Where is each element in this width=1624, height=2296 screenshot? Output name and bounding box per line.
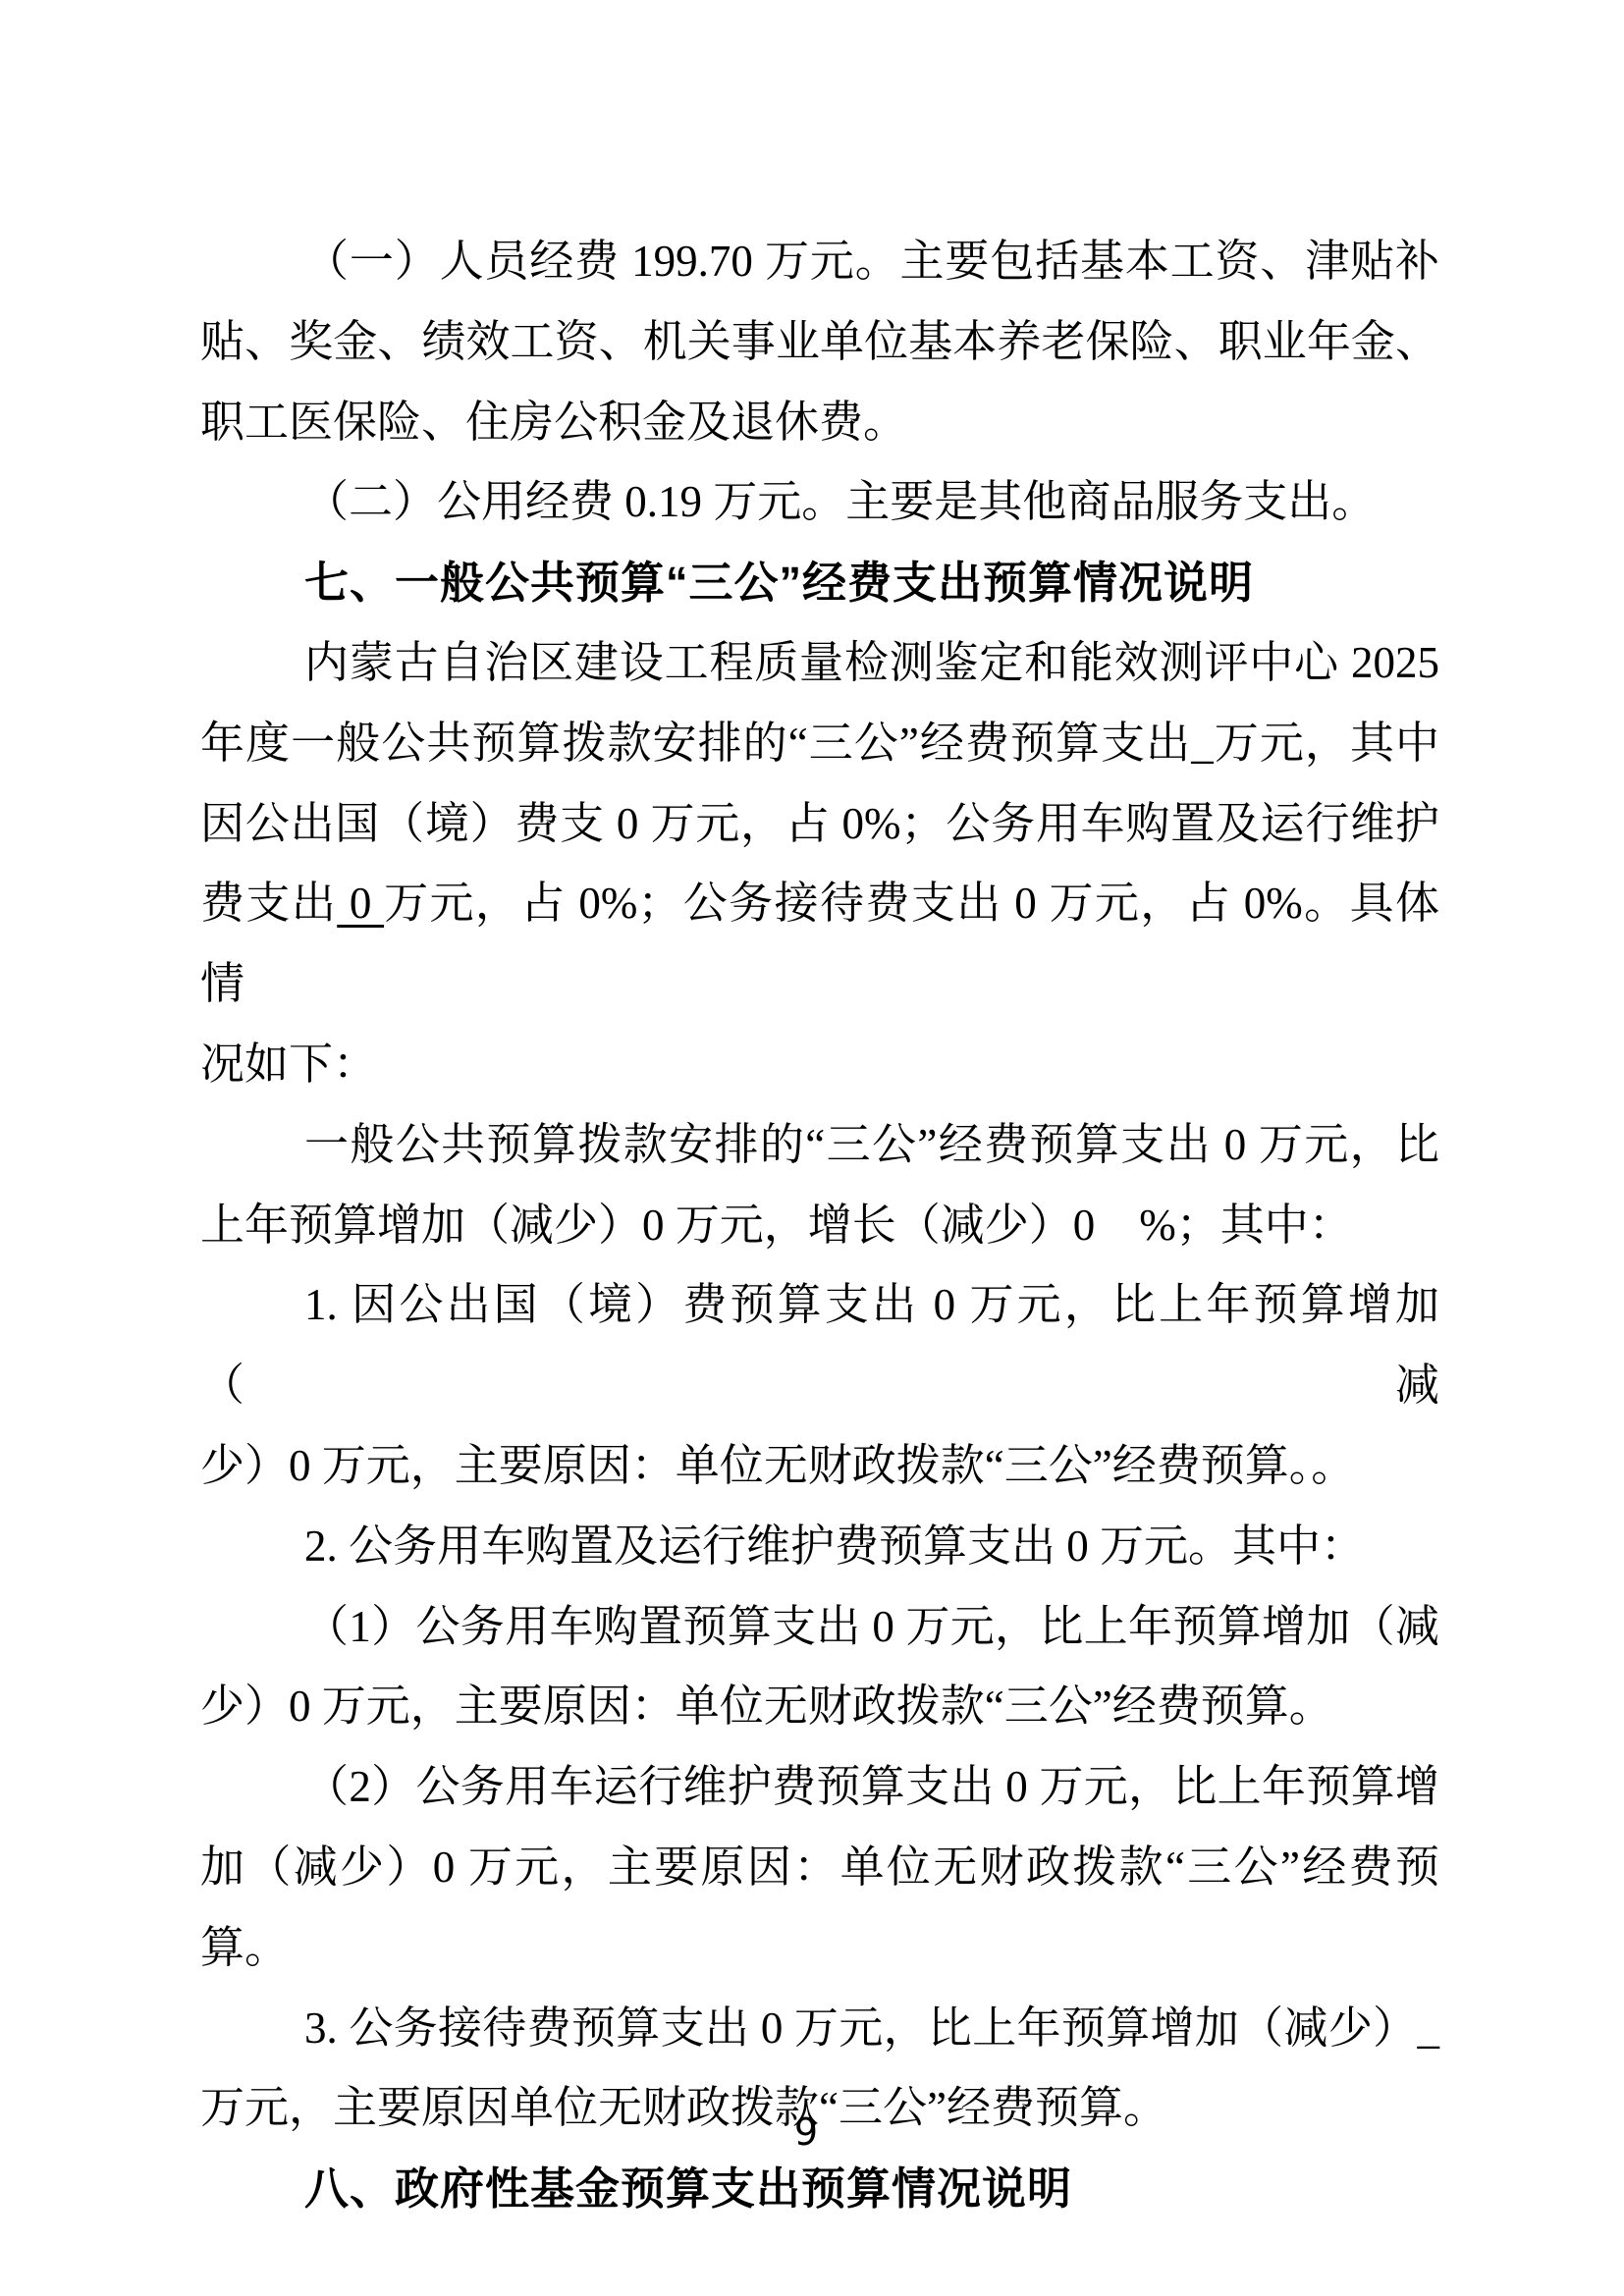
page-number: 9 [0,2109,1612,2156]
text-line: 算。 [200,1908,1439,1989]
text-line: 2. 公务用车购置及运行维护费预算支出 0 万元。其中： [200,1507,1439,1587]
document-body: （一）人员经费 199.70 万元。主要包括基本工资、津贴补 贴、奖金、绩效工资… [200,222,1439,2229]
line-segment: 万元，占 0%；公务接待费支出 0 万元，占 0%。具体情 [200,879,1439,1008]
text-line: 一般公共预算拨款安排的“三公”经费预算支出 0 万元，比 [200,1105,1439,1186]
text-line: 3. 公务接待费预算支出 0 万元，比上年预算增加（减少）_ [200,1989,1439,2069]
text-line: 少）0 万元，主要原因：单位无财政拨款“三公”经费预算。 [200,1667,1439,1747]
text-line: （二）公用经费 0.19 万元。主要是其他商品服务支出。 [200,462,1439,543]
text-line: （1）公务用车购置预算支出 0 万元，比上年预算增加（减 [200,1587,1439,1668]
text-line: 年度一般公共预算拨款安排的“三公”经费预算支出_万元，其中 [200,704,1439,784]
text-line: 因公出国（境）费支 0 万元，占 0%；公务用车购置及运行维护 [200,784,1439,865]
text-line: 少）0 万元，主要原因：单位无财政拨款“三公”经费预算。。 [200,1426,1439,1507]
underlined-zero: 0 [337,879,384,928]
text-line: 贴、奖金、绩效工资、机关事业单位基本养老保险、职业年金、 [200,302,1439,383]
text-line: 内蒙古自治区建设工程质量检测鉴定和能效测评中心 2025 [200,623,1439,704]
text-line: 职工医保险、住房公积金及退休费。 [200,383,1439,463]
section-heading-seven: 七、一般公共预算“三公”经费支出预算情况说明 [200,543,1439,623]
text-line: （2）公务用车运行维护费预算支出 0 万元，比上年预算增 [200,1747,1439,1828]
section-heading-eight: 八、政府性基金预算支出预算情况说明 [200,2149,1439,2229]
text-line: 况如下： [200,1025,1439,1105]
text-line: 上年预算增加（减少）0 万元，增长（减少）0 %；其中： [200,1186,1439,1266]
line-segment: 费支出 [200,879,337,928]
text-line: 加（减少）0 万元，主要原因：单位无财政拨款“三公”经费预 [200,1828,1439,1908]
text-line: （一）人员经费 199.70 万元。主要包括基本工资、津贴补 [200,222,1439,302]
text-line: 1. 因公出国（境）费预算支出 0 万元，比上年预算增加（减 [200,1265,1439,1426]
document-page: （一）人员经费 199.70 万元。主要包括基本工资、津贴补 贴、奖金、绩效工资… [0,0,1624,2296]
text-line: 费支出 0 万元，占 0%；公务接待费支出 0 万元，占 0%。具体情 [200,864,1439,1025]
